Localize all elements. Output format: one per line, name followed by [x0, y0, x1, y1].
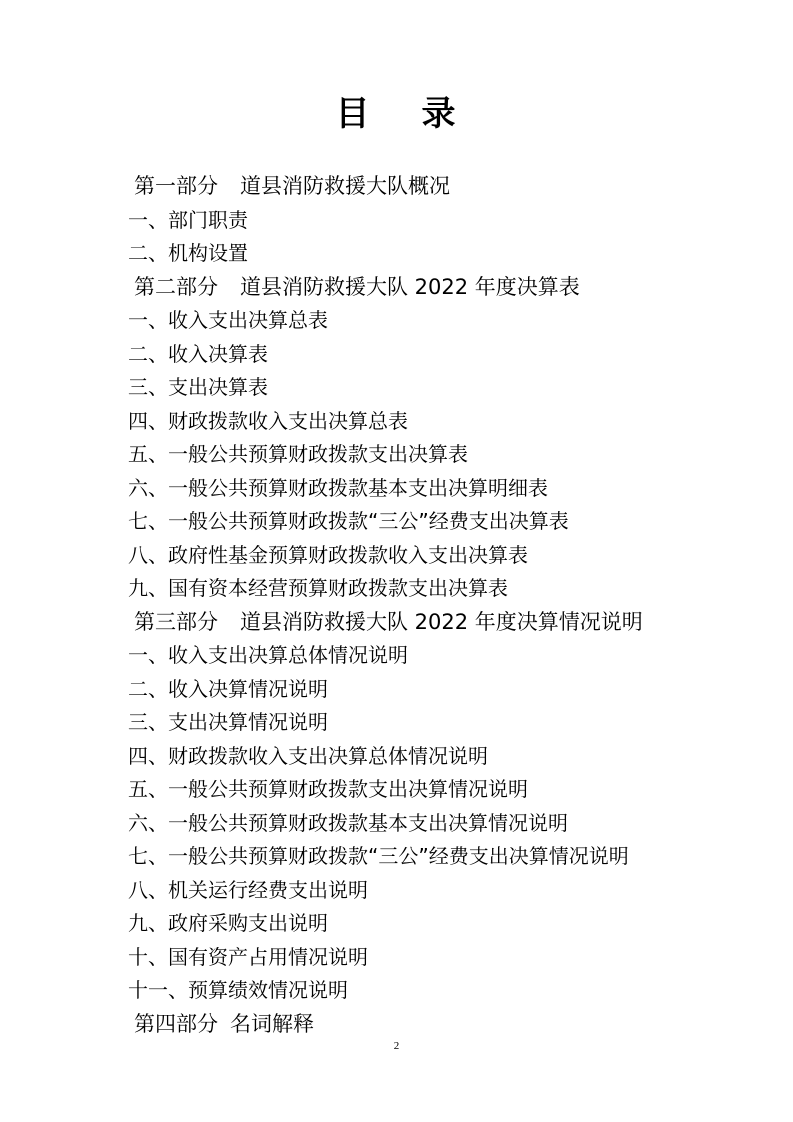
table-of-contents: 第一部分道县消防救援大队概况 一、部门职责 二、机构设置 第二部分道县消防救援大… — [128, 170, 768, 1041]
toc-part-1[interactable]: 第一部分道县消防救援大队概况 — [128, 170, 768, 204]
toc-item[interactable]: 二、机构设置 — [128, 237, 768, 271]
toc-item[interactable]: 九、国有资本经营预算财政拨款支出决算表 — [128, 572, 768, 606]
toc-item[interactable]: 五、一般公共预算财政拨款支出决算表 — [128, 438, 768, 472]
toc-part-title: 道县消防救援大队概况 — [240, 174, 450, 198]
toc-part-4[interactable]: 第四部分名词解释 — [128, 1008, 768, 1042]
toc-item[interactable]: 二、收入决算表 — [128, 338, 768, 372]
title-char-1: 目 — [336, 86, 372, 135]
toc-item[interactable]: 二、收入决算情况说明 — [128, 673, 768, 707]
toc-item[interactable]: 六、一般公共预算财政拨款基本支出决算明细表 — [128, 472, 768, 506]
toc-part-3[interactable]: 第三部分道县消防救援大队 2022 年度决算情况说明 — [128, 606, 768, 640]
toc-item[interactable]: 十一、预算绩效情况说明 — [128, 974, 768, 1008]
toc-part-label: 第三部分 — [134, 610, 218, 634]
toc-part-label: 第一部分 — [134, 174, 218, 198]
toc-item[interactable]: 六、一般公共预算财政拨款基本支出决算情况说明 — [128, 807, 768, 841]
title-char-2: 录 — [422, 86, 458, 135]
toc-item[interactable]: 十、国有资产占用情况说明 — [128, 941, 768, 975]
toc-item[interactable]: 七、一般公共预算财政拨款“三公”经费支出决算情况说明 — [128, 840, 768, 874]
toc-part-label: 第四部分 — [134, 1012, 218, 1036]
toc-item[interactable]: 三、支出决算表 — [128, 371, 768, 405]
toc-item[interactable]: 一、收入支出决算总表 — [128, 304, 768, 338]
toc-item[interactable]: 八、机关运行经费支出说明 — [128, 874, 768, 908]
toc-item[interactable]: 一、部门职责 — [128, 204, 768, 238]
toc-part-title: 名词解释 — [230, 1012, 314, 1036]
toc-part-label: 第二部分 — [134, 275, 218, 299]
page-number: 2 — [0, 1040, 793, 1052]
toc-item[interactable]: 四、财政拨款收入支出决算总表 — [128, 405, 768, 439]
toc-part-2[interactable]: 第二部分道县消防救援大队 2022 年度决算表 — [128, 271, 768, 305]
page-title: 目录 — [0, 86, 793, 135]
toc-part-title: 道县消防救援大队 2022 年度决算表 — [240, 275, 580, 299]
toc-item[interactable]: 三、支出决算情况说明 — [128, 706, 768, 740]
toc-item[interactable]: 七、一般公共预算财政拨款“三公”经费支出决算表 — [128, 505, 768, 539]
toc-part-title: 道县消防救援大队 2022 年度决算情况说明 — [240, 610, 643, 634]
toc-item[interactable]: 四、财政拨款收入支出决算总体情况说明 — [128, 740, 768, 774]
toc-item[interactable]: 九、政府采购支出说明 — [128, 907, 768, 941]
toc-item[interactable]: 五、一般公共预算财政拨款支出决算情况说明 — [128, 773, 768, 807]
toc-item[interactable]: 一、收入支出决算总体情况说明 — [128, 639, 768, 673]
toc-item[interactable]: 八、政府性基金预算财政拨款收入支出决算表 — [128, 539, 768, 573]
